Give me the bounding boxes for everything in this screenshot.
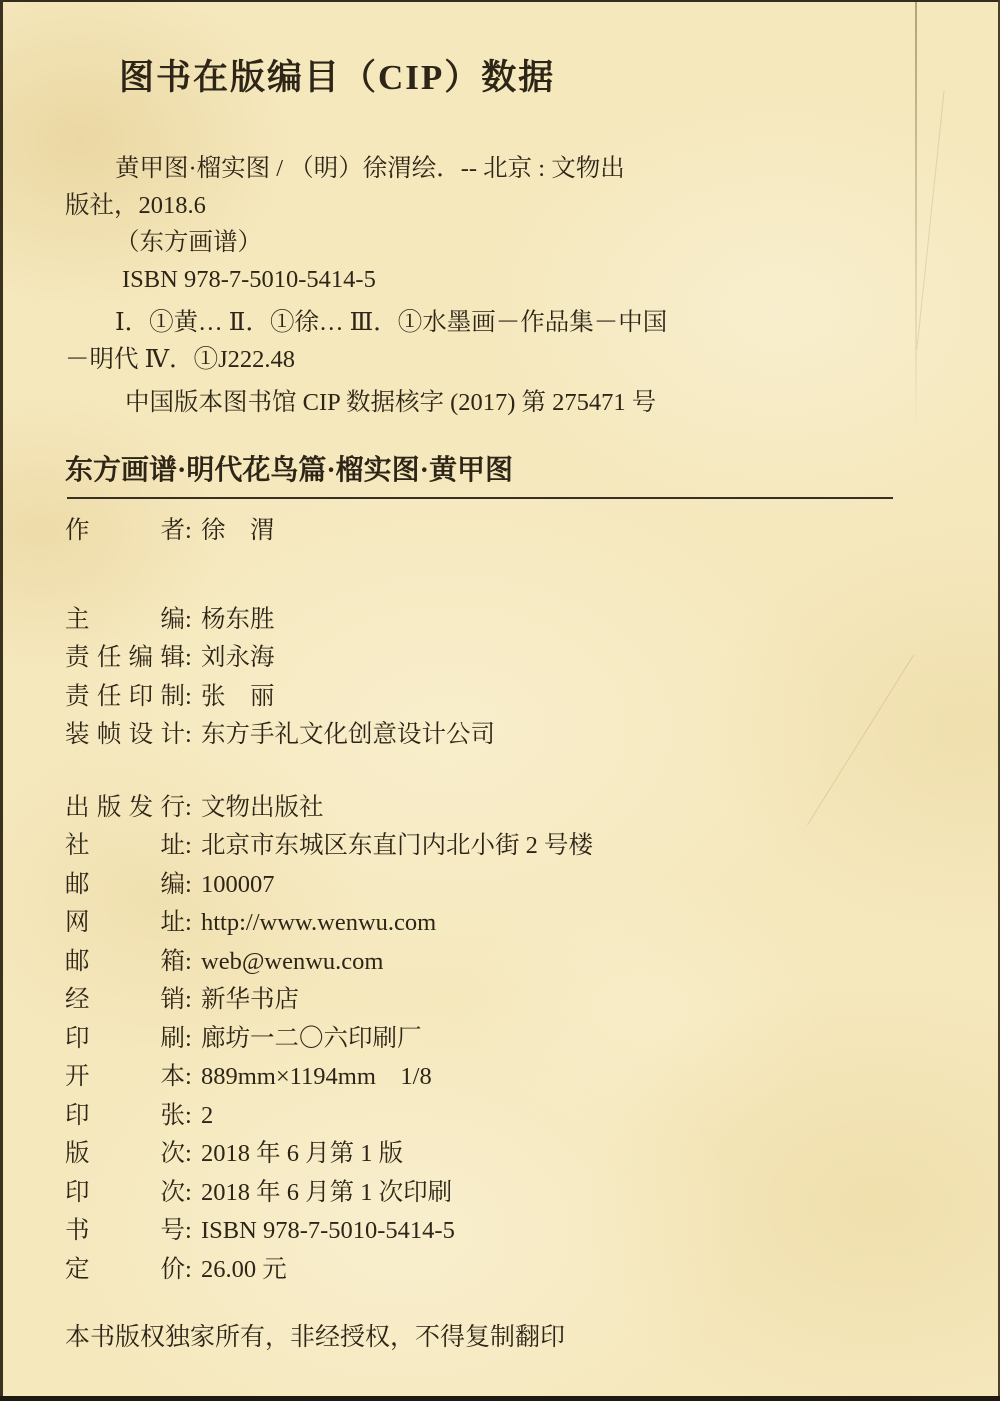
colophon-label: 社址 (65, 827, 185, 866)
label-colon: : (185, 827, 201, 866)
colophon-row-publisher: 出版发行:文物出版社 (65, 789, 940, 828)
label-colon: : (185, 1097, 201, 1136)
cip-line-isbn: ISBN 978-7-5010-5414-5 (65, 261, 940, 298)
colophon-label: 装帧设计 (65, 716, 185, 755)
colophon-label: 邮箱 (65, 943, 185, 982)
label-colon: : (185, 981, 201, 1020)
colophon-row-author: 作者:徐 渭 (65, 512, 940, 551)
colophon-row-chief-editor: 主编:杨东胜 (65, 601, 940, 640)
cip-title: 图书在版编目（CIP）数据 (119, 58, 940, 98)
colophon-label: 开本 (65, 1058, 185, 1097)
colophon-row-postcode: 邮编:100007 (65, 866, 940, 905)
colophon: 作者:徐 渭 主编:杨东胜 责任编辑:刘永海 责任印制:张 丽 装帧设计:东方手… (65, 512, 940, 1289)
label-colon: : (185, 601, 201, 640)
colophon-value: 2 (201, 1097, 940, 1136)
colophon-value: 廊坊一二〇六印刷厂 (201, 1020, 940, 1059)
photo-edge-top (0, 0, 1000, 2)
colophon-label: 经销 (65, 981, 185, 1020)
label-colon: : (185, 716, 201, 755)
colophon-label: 出版发行 (65, 789, 185, 828)
colophon-label: 书号 (65, 1212, 185, 1251)
colophon-value: 张 丽 (201, 678, 940, 717)
colophon-value: 刘永海 (201, 639, 940, 678)
colophon-value: 100007 (201, 866, 940, 905)
page-content: 图书在版编目（CIP）数据 黄甲图·榴实图 / （明）徐渭绘．-- 北京 : 文… (65, 0, 940, 1358)
label-colon: : (185, 1174, 201, 1213)
label-colon: : (185, 1058, 201, 1097)
series-title: 东方画谱·明代花鸟篇·榴实图·黄甲图 (65, 454, 940, 488)
label-colon: : (185, 1251, 201, 1290)
colophon-row-website: 网址:http://www.wenwu.com (65, 904, 940, 943)
colophon-row-address: 社址:北京市东城区东直门内北小街 2 号楼 (65, 827, 940, 866)
cip-line-publisher-year: 版社，2018.6 (65, 187, 940, 224)
colophon-row-printer: 印刷:廊坊一二〇六印刷厂 (65, 1020, 940, 1059)
label-colon: : (185, 1020, 201, 1059)
colophon-row-print-supervisor: 责任印制:张 丽 (65, 678, 940, 717)
colophon-row-sheets: 印张:2 (65, 1097, 940, 1136)
colophon-row-email: 邮箱:web@wenwu.com (65, 943, 940, 982)
label-colon: : (185, 789, 201, 828)
colophon-label: 责任印制 (65, 678, 185, 717)
cip-line-title-statement: 黄甲图·榴实图 / （明）徐渭绘．-- 北京 : 文物出 (65, 150, 940, 187)
book-copyright-page: 图书在版编目（CIP）数据 黄甲图·榴实图 / （明）徐渭绘．-- 北京 : 文… (0, 0, 1000, 1401)
colophon-value: 2018 年 6 月第 1 版 (201, 1135, 940, 1174)
cip-description-block: 黄甲图·榴实图 / （明）徐渭绘．-- 北京 : 文物出 版社，2018.6 （… (65, 150, 940, 298)
colophon-label: 责任编辑 (65, 639, 185, 678)
colophon-value: 2018 年 6 月第 1 次印刷 (201, 1174, 940, 1213)
photo-edge-left (0, 0, 3, 1401)
colophon-row-edition: 版次:2018 年 6 月第 1 版 (65, 1135, 940, 1174)
colophon-value: 26.00 元 (201, 1251, 940, 1290)
colophon-value: 徐 渭 (201, 512, 940, 551)
colophon-value: 文物出版社 (201, 789, 940, 828)
divider-rule (67, 497, 893, 499)
label-colon: : (185, 904, 201, 943)
colophon-value: 东方手礼文化创意设计公司 (201, 716, 940, 755)
cip-classification-block: Ⅰ．①黄… Ⅱ．①徐… Ⅲ．①水墨画－作品集－中国 －明代 Ⅳ．①J222.48 (65, 304, 940, 378)
colophon-label: 印刷 (65, 1020, 185, 1059)
colophon-value: web@wenwu.com (201, 943, 940, 982)
colophon-label: 作者 (65, 512, 185, 551)
label-colon: : (185, 678, 201, 717)
colophon-label: 主编 (65, 601, 185, 640)
colophon-value: 889mm×1194mm 1/8 (201, 1058, 940, 1097)
colophon-value: 杨东胜 (201, 601, 940, 640)
label-colon: : (185, 512, 201, 551)
colophon-row-price: 定价:26.00 元 (65, 1251, 940, 1290)
colophon-row-distributor: 经销:新华书店 (65, 981, 940, 1020)
label-colon: : (185, 866, 201, 905)
colophon-row-format: 开本:889mm×1194mm 1/8 (65, 1058, 940, 1097)
colophon-value: http://www.wenwu.com (201, 904, 940, 943)
label-colon: : (185, 943, 201, 982)
colophon-row-book-number: 书号:ISBN 978-7-5010-5414-5 (65, 1212, 940, 1251)
colophon-label: 印张 (65, 1097, 185, 1136)
label-colon: : (185, 639, 201, 678)
cip-line-series: （东方画谱） (65, 224, 940, 261)
colophon-row-binding-design: 装帧设计:东方手礼文化创意设计公司 (65, 716, 940, 755)
colophon-row-impression: 印次:2018 年 6 月第 1 次印刷 (65, 1174, 940, 1213)
label-colon: : (185, 1212, 201, 1251)
colophon-label: 版次 (65, 1135, 185, 1174)
colophon-label: 定价 (65, 1251, 185, 1290)
colophon-value: ISBN 978-7-5010-5414-5 (201, 1212, 940, 1251)
cip-record-number: 中国版本图书馆 CIP 数据核字 (2017) 第 275471 号 (65, 384, 940, 421)
cip-classification-line-2: －明代 Ⅳ．①J222.48 (65, 341, 940, 378)
colophon-label: 印次 (65, 1174, 185, 1213)
colophon-label: 邮编 (65, 866, 185, 905)
colophon-row-responsible-editor: 责任编辑:刘永海 (65, 639, 940, 678)
colophon-label: 网址 (65, 904, 185, 943)
photo-edge-bottom (0, 1396, 1000, 1401)
colophon-value: 新华书店 (201, 981, 940, 1020)
colophon-value: 北京市东城区东直门内北小街 2 号楼 (201, 827, 940, 866)
cip-classification-line-1: Ⅰ．①黄… Ⅱ．①徐… Ⅲ．①水墨画－作品集－中国 (65, 304, 940, 341)
copyright-notice: 本书版权独家所有，非经授权，不得复制翻印 (65, 1319, 940, 1358)
label-colon: : (185, 1135, 201, 1174)
